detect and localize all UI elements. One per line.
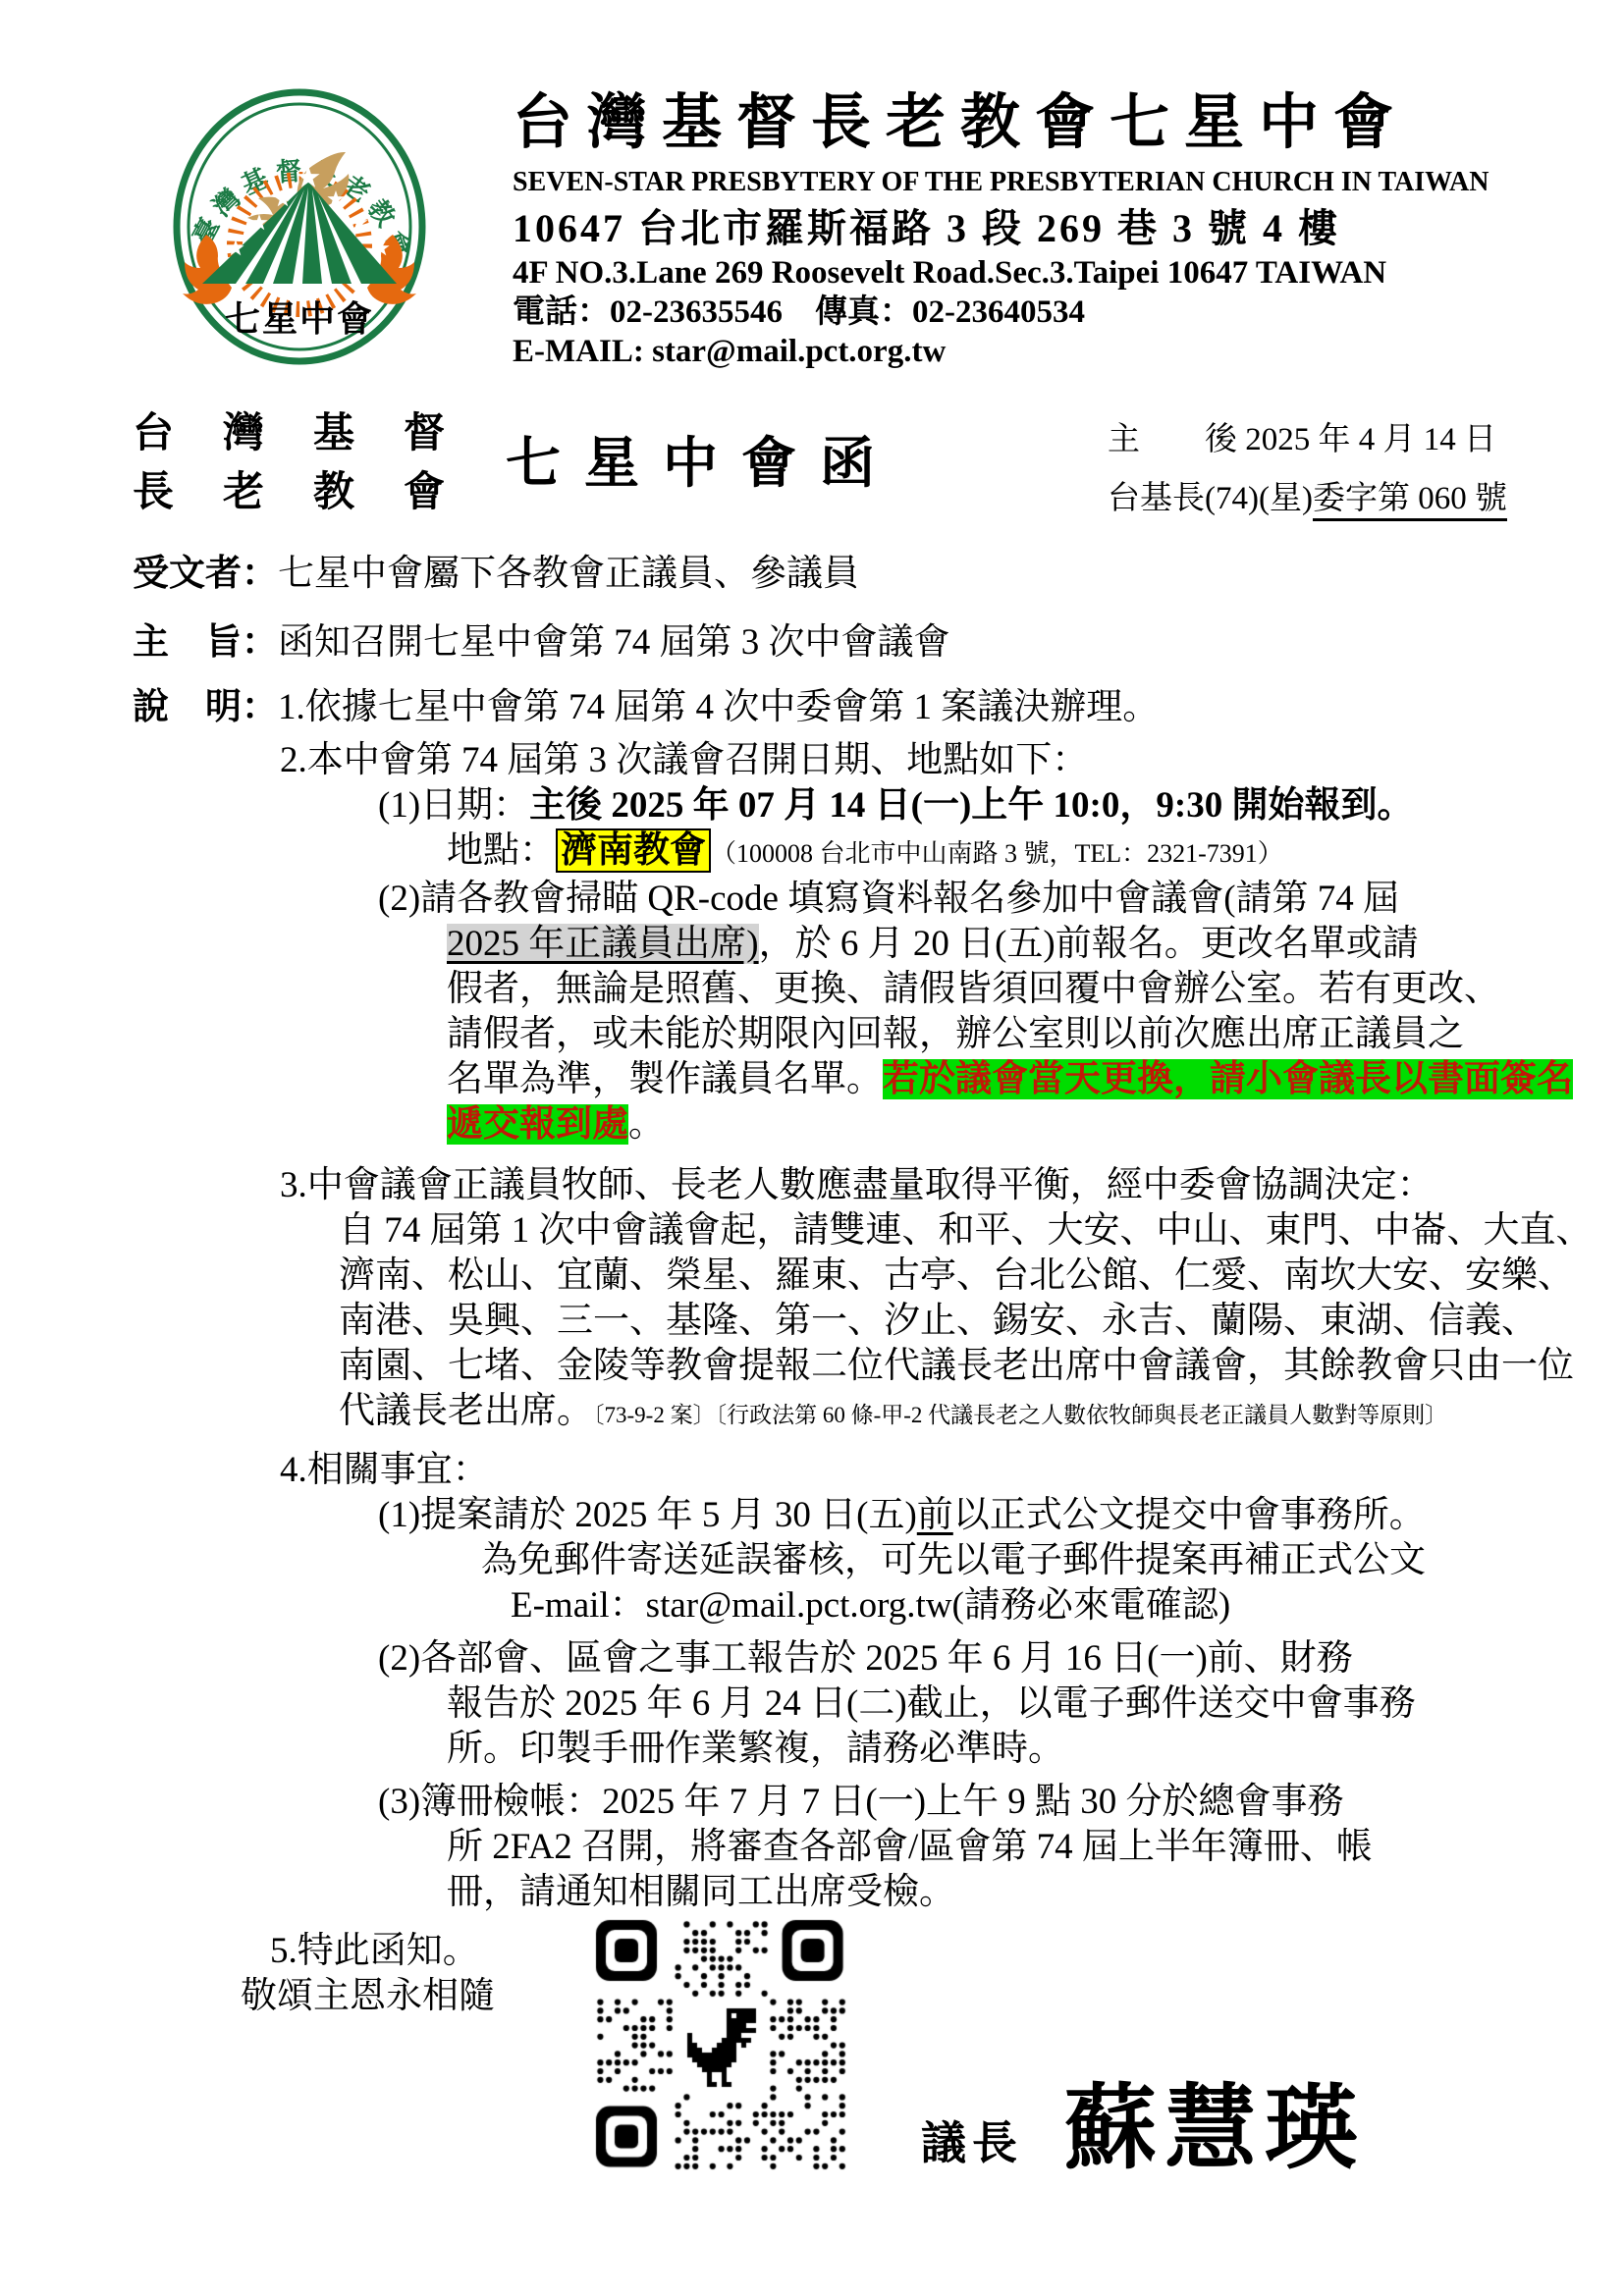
doc-text-segment: 假者，無論是照舊、更換、請假皆須回覆中會辦公室。若有更改、 bbox=[447, 969, 1500, 1009]
doc-line: 假者，無論是照舊、更換、請假皆須回覆中會辦公室。若有更改、 bbox=[447, 967, 1556, 1012]
doc-text-segment: ，於 6 月 20 日(五)前報名。更改名單或請 bbox=[759, 924, 1419, 964]
doc-text-segment: 2025 年正議員出席) bbox=[447, 924, 759, 964]
doc-line: 2.本中會第 74 屆第 3 次議會召開日期、地點如下： bbox=[280, 738, 1556, 783]
doc-text-segment: （100008 台北市中山南路 3 號，TEL：2321-7391） bbox=[711, 839, 1283, 868]
date-ref-block: 主 後 2025 年 4 月 14 日 台基長(74)(星)委字第 060 號 bbox=[1108, 404, 1507, 528]
doc-text-segment: 3.中會議會正議員牧師、長老人數應盡量取得平衡，經中委會協調決定： bbox=[280, 1165, 1434, 1205]
doc-line: 南園、七堵、金陵等教會提報二位代議長老出席中會議會，其餘教會只由一位 bbox=[339, 1344, 1556, 1389]
ref-prefix: 台基長(74)(星) bbox=[1108, 481, 1313, 516]
doc-line: 2025 年正議員出席)，於 6 月 20 日(五)前報名。更改名單或請 bbox=[447, 922, 1556, 967]
qr-code bbox=[584, 1908, 859, 2189]
doc-line: 4.相關事宜： bbox=[280, 1448, 1556, 1493]
doc-line: (3)簿冊檢帳：2025 年 7 月 7 日(一)上午 9 點 30 分於總會事… bbox=[378, 1780, 1556, 1825]
doc-line: (1)提案請於 2025 年 5 月 30 日(五)前以正式公文提交中會事務所。 bbox=[378, 1493, 1556, 1538]
official-letter-page: 臺灣基督長老教會 bbox=[0, 0, 1624, 2296]
doc-line: (1)日期：主後 2025 年 07 月 14 日(一)上午 10:0，9:30… bbox=[378, 783, 1556, 828]
doc-text-segment: (2)各部會、區會之事工報告於 2025 年 6 月 16 日(一)前、財務 bbox=[378, 1638, 1353, 1679]
doc-text-segment: (1)日期： bbox=[378, 785, 529, 826]
doc-line: 3.中會議會正議員牧師、長老人數應盡量取得平衡，經中委會協調決定： bbox=[280, 1163, 1556, 1208]
doc-text-segment: (2)請各教會掃瞄 QR-code 填寫資料報名參加中會議會(請第 74 屆 bbox=[378, 879, 1399, 919]
doc-line: 請假者，或未能於期限內回報，辦公室則以前次應出席正議員之 bbox=[447, 1012, 1556, 1057]
doc-line: 敬頌主恩永相隨 bbox=[241, 1974, 1556, 2019]
org-address-zh: 10647 台北市羅斯福路 3 段 269 巷 3 號 4 樓 bbox=[513, 204, 1514, 253]
doc-text-segment: 5.特此函知。 bbox=[270, 1931, 479, 1971]
document-date: 主 後 2025 年 4 月 14 日 bbox=[1108, 410, 1507, 469]
doc-text-segment: 說 明： bbox=[133, 687, 278, 727]
doc-line: 受文者：七星中會屬下各教會正議員、參議員 bbox=[133, 552, 1556, 597]
doc-line: 名單為準，製作議員名單。若於議會當天更換，請小會議長以書面簽名 bbox=[447, 1057, 1556, 1102]
org-address-en: 4F NO.3.Lane 269 Roosevelt Road.Sec.3.Ta… bbox=[513, 253, 1514, 293]
doc-line: 所。印製手冊作業繁複，請務必準時。 bbox=[447, 1727, 1556, 1772]
document-title: 七星中會函 bbox=[506, 404, 898, 499]
org-name-en: SEVEN-STAR PRESBYTERY OF THE PRESBYTERIA… bbox=[513, 165, 1514, 200]
doc-text-segment: 自 74 屆第 1 次中會議會起，請雙連、和平、大安、中山、東門、中崙、大直、 bbox=[339, 1210, 1593, 1251]
doc-text-segment: (3)簿冊檢帳：2025 年 7 月 7 日(一)上午 9 點 30 分於總會事… bbox=[378, 1782, 1344, 1822]
doc-text-segment: 2.本中會第 74 屆第 3 次議會召開日期、地點如下： bbox=[280, 740, 1088, 780]
signer-name: 蘇慧瑛 bbox=[1064, 2054, 1365, 2186]
doc-text-segment: 以正式公文提交中會事務所。 bbox=[953, 1495, 1426, 1535]
doc-line: (2)請各教會掃瞄 QR-code 填寫資料報名參加中會議會(請第 74 屆 bbox=[378, 877, 1556, 922]
doc-text-segment: 4.相關事宜： bbox=[280, 1450, 489, 1490]
doc-text-segment: 主 旨： bbox=[133, 622, 278, 663]
doc-text-segment: 代議長老出席。 bbox=[339, 1391, 593, 1431]
doc-line: 南港、吳興、三一、基隆、第一、汐止、錫安、永吉、蘭陽、東湖、信義、 bbox=[339, 1299, 1556, 1344]
org-name-block: 台灣基督 長老教會 bbox=[133, 404, 466, 522]
doc-text-segment: 南港、吳興、三一、基隆、第一、汐止、錫安、永吉、蘭陽、東湖、信義、 bbox=[339, 1301, 1538, 1341]
doc-line: 遞交報到處。 bbox=[447, 1102, 1556, 1148]
doc-line: 說 明：1.依據七星中會第 74 屆第 4 次中委會第 1 案議決辦理。 bbox=[133, 685, 1556, 730]
doc-text-segment: (1)提案請於 2025 年 5 月 30 日(五) bbox=[378, 1495, 917, 1535]
doc-text-segment: 報告於 2025 年 6 月 24 日(二)截止，以電子郵件送交中會事務 bbox=[447, 1683, 1416, 1724]
doc-text-segment: 受文者： bbox=[133, 554, 278, 594]
doc-text-segment: 函知召開七星中會第 74 屆第 3 次中會議會 bbox=[278, 622, 950, 663]
org-name-line2: 長老教會 bbox=[133, 463, 466, 522]
document-body: 受文者：七星中會屬下各教會正議員、參議員主 旨：函知召開七星中會第 74 屆第 … bbox=[133, 552, 1556, 2019]
signer-role: 議長 bbox=[921, 2108, 1023, 2186]
doc-text-segment: 所 2FA2 召開，將審查各部會/區會第 74 屆上半年簿冊、帳 bbox=[447, 1827, 1373, 1867]
doc-text-segment: 所。印製手冊作業繁複，請務必準時。 bbox=[447, 1729, 1064, 1769]
doc-text-segment: 遞交報到處 bbox=[447, 1104, 628, 1145]
seal-bottom-text: 七星中會 bbox=[225, 299, 374, 339]
doc-text-segment: 若於議會當天更換，請小會議長以書面簽名 bbox=[883, 1059, 1573, 1099]
ref-number-underlined: 委字第 060 號 bbox=[1313, 481, 1507, 521]
doc-line: 5.特此函知。 bbox=[270, 1929, 1556, 1974]
doc-text-segment: 七星中會屬下各教會正議員、參議員 bbox=[278, 554, 859, 594]
doc-line: 自 74 屆第 1 次中會議會起，請雙連、和平、大安、中山、東門、中崙、大直、 bbox=[339, 1208, 1556, 1254]
doc-text-segment: 。 bbox=[628, 1104, 665, 1145]
doc-text-segment: 前 bbox=[917, 1495, 953, 1535]
signature-block: 議長 蘇慧瑛 bbox=[921, 2054, 1365, 2186]
doc-line: (2)各部會、區會之事工報告於 2025 年 6 月 16 日(一)前、財務 bbox=[378, 1636, 1556, 1682]
doc-text-segment: 濟南教會 bbox=[556, 828, 711, 873]
doc-text-segment: 敬頌主恩永相隨 bbox=[241, 1976, 495, 2016]
doc-line: 所 2FA2 召開，將審查各部會/區會第 74 屆上半年簿冊、帳 bbox=[447, 1825, 1556, 1870]
doc-text-segment: 名單為準，製作議員名單。 bbox=[447, 1059, 883, 1099]
doc-text-segment: 南園、七堵、金陵等教會提報二位代議長老出席中會議會，其餘教會只由一位 bbox=[339, 1346, 1574, 1386]
doc-text-segment: 1.依據七星中會第 74 屆第 4 次中委會第 1 案議決辦理。 bbox=[278, 687, 1159, 727]
doc-line: 濟南、松山、宜蘭、榮星、羅東、古亭、台北公館、仁愛、南坎大安、安樂、 bbox=[339, 1254, 1556, 1299]
document-ref-number: 台基長(74)(星)委字第 060 號 bbox=[1108, 469, 1507, 528]
org-tel-fax: 電話：02-23635546 傳真：02-23640534 bbox=[513, 293, 1514, 332]
org-name-line1: 台灣基督 bbox=[133, 404, 466, 463]
doc-line: 代議長老出席。〔73-9-2 案〕〔行政法第 60 條-甲-2 代議長老之人數依… bbox=[339, 1389, 1556, 1438]
doc-text-segment: 冊，請通知相關同工出席受檢。 bbox=[447, 1872, 955, 1912]
doc-line: 地點：濟南教會（100008 台北市中山南路 3 號，TEL：2321-7391… bbox=[447, 828, 1556, 877]
doc-text-segment: 濟南、松山、宜蘭、榮星、羅東、古亭、台北公館、仁愛、南坎大安、安樂、 bbox=[339, 1255, 1574, 1296]
doc-text-segment: 為免郵件寄送延誤審核，可先以電子郵件提案再補正式公文 bbox=[481, 1540, 1426, 1580]
doc-text-segment: 〔73-9-2 案〕〔行政法第 60 條-甲-2 代議長老之人數依牧師與長老正議… bbox=[593, 1403, 1447, 1427]
doc-line: 報告於 2025 年 6 月 24 日(二)截止，以電子郵件送交中會事務 bbox=[447, 1682, 1556, 1727]
letterhead-header: 台灣基督長老教會七星中會 SEVEN-STAR PRESBYTERY OF TH… bbox=[513, 86, 1514, 371]
org-name-zh: 台灣基督長老教會七星中會 bbox=[513, 86, 1514, 161]
presbytery-seal: 臺灣基督長老教會 bbox=[173, 88, 426, 365]
doc-line: E-mail：star@mail.pct.org.tw(請務必來電確認) bbox=[511, 1583, 1556, 1629]
doc-text-segment: 請假者，或未能於期限內回報，辦公室則以前次應出席正議員之 bbox=[447, 1014, 1464, 1054]
doc-text-segment: 地點： bbox=[447, 830, 556, 871]
doc-text-segment: 主後 2025 年 07 月 14 日(一)上午 10:0，9:30 開始報到。 bbox=[529, 785, 1413, 826]
org-email: E-MAIL: star@mail.pct.org.tw bbox=[513, 332, 1514, 371]
doc-line: 主 旨：函知召開七星中會第 74 屆第 3 次中會議會 bbox=[133, 620, 1556, 666]
doc-text-segment: E-mail：star@mail.pct.org.tw(請務必來電確認) bbox=[511, 1585, 1230, 1626]
doc-line: 為免郵件寄送延誤審核，可先以電子郵件提案再補正式公文 bbox=[481, 1538, 1556, 1583]
document-title-row: 台灣基督 長老教會 七星中會函 主 後 2025 年 4 月 14 日 台基長(… bbox=[133, 404, 1507, 528]
